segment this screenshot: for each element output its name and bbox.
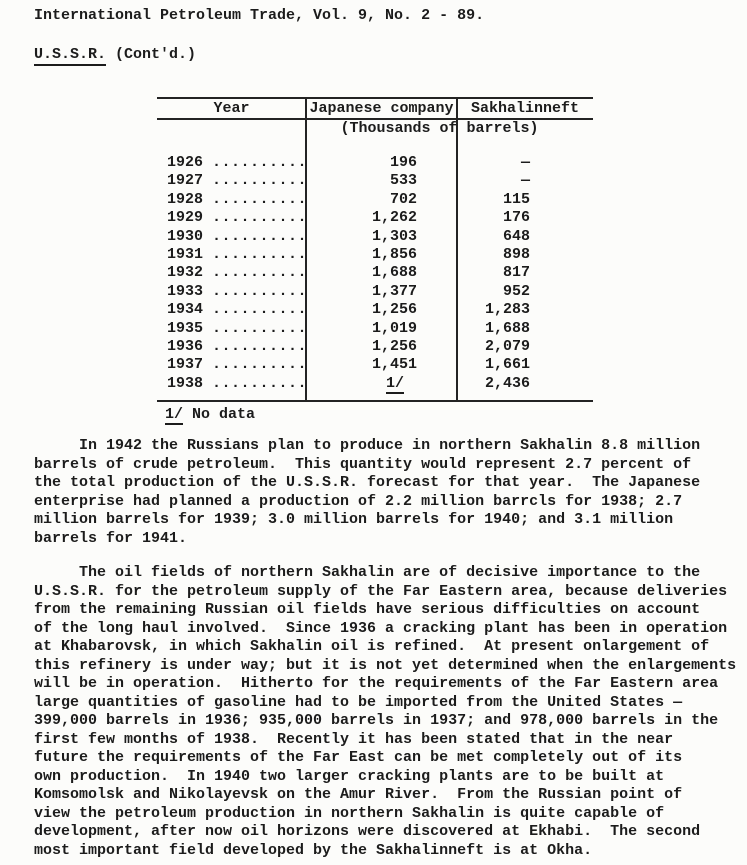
japanese-company-cell: 1,451 xyxy=(306,356,457,374)
japanese-company-cell: 1,256 xyxy=(306,338,457,356)
japanese-company-cell: 1,256 xyxy=(306,301,457,319)
table-spacer xyxy=(157,137,593,154)
dot-leader: .......... xyxy=(212,301,306,318)
table-row: 1933.......... 1,377 952 xyxy=(157,283,593,301)
footnote-text: No data xyxy=(183,406,255,423)
japanese-company-cell: 1,019 xyxy=(306,320,457,338)
header-year: Year xyxy=(157,99,306,118)
units-row: (Thousands of barrels) xyxy=(157,120,593,137)
header-sakhalinneft: Sakhalinneft xyxy=(457,99,593,118)
japanese-company-cell: 533 xyxy=(306,172,457,190)
continuation-heading: U.S.S.R. (Cont'd.) xyxy=(34,46,196,63)
year-cell: 1937.......... xyxy=(157,356,306,374)
sakhalinneft-cell: 176 xyxy=(457,209,593,227)
year-cell: 1938.......... xyxy=(157,375,306,393)
table-row: 1929.......... 1,262 176 xyxy=(157,209,593,227)
table-row: 1931.......... 1,856 898 xyxy=(157,246,593,264)
japanese-company-cell: 1,856 xyxy=(306,246,457,264)
table-divider-2 xyxy=(456,99,458,400)
sakhalinneft-cell: 648 xyxy=(457,228,593,246)
table-row: 1926.......... 196 — xyxy=(157,154,593,172)
japanese-company-cell: 1,377 xyxy=(306,283,457,301)
sakhalinneft-cell: 1,688 xyxy=(457,320,593,338)
sakhalinneft-cell: 115 xyxy=(457,191,593,209)
table-footnote: 1/ No data xyxy=(157,406,593,423)
sakhalinneft-cell: 898 xyxy=(457,246,593,264)
dot-leader: .......... xyxy=(212,264,306,281)
table-header-row: Year Japanese company Sakhalinneft xyxy=(157,99,593,120)
dot-leader: .......... xyxy=(212,375,306,392)
japanese-company-cell-footnote-ref: 1/ xyxy=(306,375,457,393)
table-row: 1928.......... 702 115 xyxy=(157,191,593,209)
japanese-company-cell: 1,688 xyxy=(306,264,457,282)
footnote-marker: 1/ xyxy=(165,406,183,425)
year-cell: 1931.......... xyxy=(157,246,306,264)
japanese-company-cell: 196 xyxy=(306,154,457,172)
table-row: 1938.......... 1/ 2,436 xyxy=(157,375,593,393)
sakhalinneft-cell: 2,079 xyxy=(457,338,593,356)
document-title: International Petroleum Trade, Vol. 9, N… xyxy=(34,7,484,24)
japanese-company-cell: 1,303 xyxy=(306,228,457,246)
dot-leader: .......... xyxy=(212,154,306,171)
dot-leader: .......... xyxy=(212,320,306,337)
header-japanese-company: Japanese company xyxy=(306,99,457,118)
year-cell: 1933.......... xyxy=(157,283,306,301)
sakhalinneft-cell: — xyxy=(457,172,593,190)
dot-leader: .......... xyxy=(212,283,306,300)
subject-suffix: (Cont'd.) xyxy=(106,46,196,63)
dot-leader: .......... xyxy=(212,209,306,226)
sakhalinneft-cell: 1,283 xyxy=(457,301,593,319)
units-note: (Thousands of barrels) xyxy=(306,120,593,137)
units-empty-cell xyxy=(157,120,306,137)
table-row: 1934.......... 1,256 1,283 xyxy=(157,301,593,319)
sakhalinneft-cell: 817 xyxy=(457,264,593,282)
dot-leader: .......... xyxy=(212,191,306,208)
table-box: Year Japanese company Sakhalinneft (Thou… xyxy=(157,97,593,402)
table-divider-1 xyxy=(305,99,307,400)
production-table: Year Japanese company Sakhalinneft (Thou… xyxy=(157,97,593,423)
table-row: 1932.......... 1,688 817 xyxy=(157,264,593,282)
dot-leader: .......... xyxy=(212,172,306,189)
table-row: 1936.......... 1,256 2,079 xyxy=(157,338,593,356)
dot-leader: .......... xyxy=(212,246,306,263)
japanese-company-cell: 702 xyxy=(306,191,457,209)
table-row: 1935.......... 1,019 1,688 xyxy=(157,320,593,338)
subject-label: U.S.S.R. xyxy=(34,46,106,66)
document-page: International Petroleum Trade, Vol. 9, N… xyxy=(0,0,747,865)
sakhalinneft-cell: 1,661 xyxy=(457,356,593,374)
dot-leader: .......... xyxy=(212,356,306,373)
sakhalinneft-cell: 952 xyxy=(457,283,593,301)
table-row: 1930.......... 1,303 648 xyxy=(157,228,593,246)
year-cell: 1926.......... xyxy=(157,154,306,172)
table-bottom-padding xyxy=(157,393,593,400)
dot-leader: .......... xyxy=(212,338,306,355)
year-cell: 1928.......... xyxy=(157,191,306,209)
japanese-company-cell: 1,262 xyxy=(306,209,457,227)
sakhalinneft-cell: — xyxy=(457,154,593,172)
dot-leader: .......... xyxy=(212,228,306,245)
sakhalinneft-cell: 2,436 xyxy=(457,375,593,393)
table-row: 1937.......... 1,451 1,661 xyxy=(157,356,593,374)
paragraph-far-east-supply: The oil fields of northern Sakhalin are … xyxy=(34,564,736,860)
year-cell: 1932.......... xyxy=(157,264,306,282)
paragraph-production-plan: In 1942 the Russians plan to produce in … xyxy=(34,437,700,548)
year-cell: 1929.......... xyxy=(157,209,306,227)
table-row: 1927.......... 533 — xyxy=(157,172,593,190)
year-cell: 1934.......... xyxy=(157,301,306,319)
year-cell: 1930.......... xyxy=(157,228,306,246)
year-cell: 1927.......... xyxy=(157,172,306,190)
year-cell: 1935.......... xyxy=(157,320,306,338)
year-cell: 1936.......... xyxy=(157,338,306,356)
